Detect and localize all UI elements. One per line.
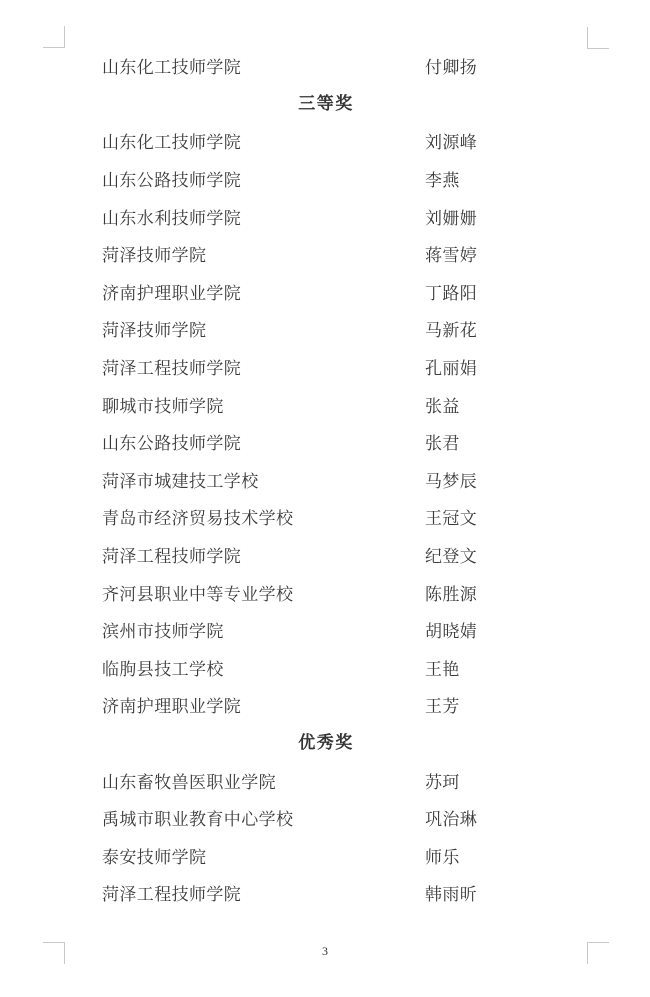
winner-name: 纪登文 (425, 542, 477, 567)
school-name: 青岛市经济贸易技术学校 (102, 504, 425, 529)
award-row: 菏泽技师学院 马新花 (65, 310, 587, 348)
award-row: 山东公路技师学院 李燕 (65, 160, 587, 198)
school-name: 菏泽市城建技工学校 (102, 467, 425, 492)
award-row: 聊城市技师学院 张益 (65, 385, 587, 423)
crop-mark-top-left (43, 26, 65, 48)
winner-name: 李燕 (425, 166, 460, 191)
award-row: 泰安技师学院 师乐 (65, 836, 587, 874)
award-row: 济南护理职业学院 王芳 (65, 686, 587, 724)
winner-name: 孔丽娟 (425, 354, 477, 379)
school-name: 菏泽工程技师学院 (102, 354, 425, 379)
winner-name: 苏珂 (425, 768, 460, 793)
winner-name: 蒋雪婷 (425, 241, 477, 266)
school-name: 菏泽技师学院 (102, 316, 425, 341)
school-name: 聊城市技师学院 (102, 392, 425, 417)
award-row: 菏泽工程技师学院 纪登文 (65, 536, 587, 574)
school-name: 菏泽技师学院 (102, 241, 425, 266)
school-name: 山东公路技师学院 (102, 166, 425, 191)
winner-name: 王芳 (425, 692, 460, 717)
award-row: 禹城市职业教育中心学校 巩治琳 (65, 799, 587, 837)
winner-name: 陈胜源 (425, 580, 477, 605)
winner-name: 刘姗姗 (425, 204, 477, 229)
winner-name: 王冠文 (425, 504, 477, 529)
award-list: 山东化工技师学院 付卿扬 三等奖 山东化工技师学院 刘源峰 山东公路技师学院 李… (65, 47, 587, 912)
school-name: 山东化工技师学院 (102, 53, 425, 78)
award-row: 菏泽工程技师学院 孔丽娟 (65, 348, 587, 386)
school-name: 济南护理职业学院 (102, 279, 425, 304)
winner-name: 韩雨昕 (425, 880, 477, 905)
award-row: 滨州市技师学院 胡晓婧 (65, 611, 587, 649)
winner-name: 胡晓婧 (425, 617, 477, 642)
winner-name: 付卿扬 (425, 53, 477, 78)
award-row: 菏泽技师学院 蒋雪婷 (65, 235, 587, 273)
award-row: 菏泽市城建技工学校 马梦辰 (65, 461, 587, 499)
winner-name: 丁路阳 (425, 279, 477, 304)
award-row: 临朐县技工学校 王艳 (65, 649, 587, 687)
winner-name: 巩治琳 (425, 805, 477, 830)
award-row: 山东化工技师学院 刘源峰 (65, 122, 587, 160)
school-name: 山东公路技师学院 (102, 429, 425, 454)
winner-name: 张君 (425, 429, 460, 454)
school-name: 山东水利技师学院 (102, 204, 425, 229)
page-number: 3 (0, 944, 650, 959)
winner-name: 王艳 (425, 655, 460, 680)
winner-name: 马新花 (425, 316, 477, 341)
school-name: 齐河县职业中等专业学校 (102, 580, 425, 605)
winner-name: 张益 (425, 392, 460, 417)
school-name: 菏泽工程技师学院 (102, 880, 425, 905)
award-row: 菏泽工程技师学院 韩雨昕 (65, 874, 587, 912)
school-name: 山东化工技师学院 (102, 128, 425, 153)
award-row: 山东畜牧兽医职业学院 苏珂 (65, 761, 587, 799)
school-name: 泰安技师学院 (102, 843, 425, 868)
award-row: 齐河县职业中等专业学校 陈胜源 (65, 573, 587, 611)
award-row: 济南护理职业学院 丁路阳 (65, 273, 587, 311)
award-row: 山东化工技师学院 付卿扬 (65, 47, 587, 85)
school-name: 山东畜牧兽医职业学院 (102, 768, 425, 793)
crop-mark-top-right (587, 27, 609, 49)
winner-name: 刘源峰 (425, 128, 477, 153)
school-name: 济南护理职业学院 (102, 692, 425, 717)
document-page: 山东化工技师学院 付卿扬 三等奖 山东化工技师学院 刘源峰 山东公路技师学院 李… (0, 0, 650, 997)
winner-name: 马梦辰 (425, 467, 477, 492)
award-row: 青岛市经济贸易技术学校 王冠文 (65, 498, 587, 536)
school-name: 滨州市技师学院 (102, 617, 425, 642)
school-name: 临朐县技工学校 (102, 655, 425, 680)
section-heading-third-prize: 三等奖 (65, 85, 587, 123)
award-row: 山东水利技师学院 刘姗姗 (65, 197, 587, 235)
winner-name: 师乐 (425, 843, 460, 868)
award-row: 山东公路技师学院 张君 (65, 423, 587, 461)
section-heading-excellence-award: 优秀奖 (65, 724, 587, 762)
school-name: 禹城市职业教育中心学校 (102, 805, 425, 830)
school-name: 菏泽工程技师学院 (102, 542, 425, 567)
